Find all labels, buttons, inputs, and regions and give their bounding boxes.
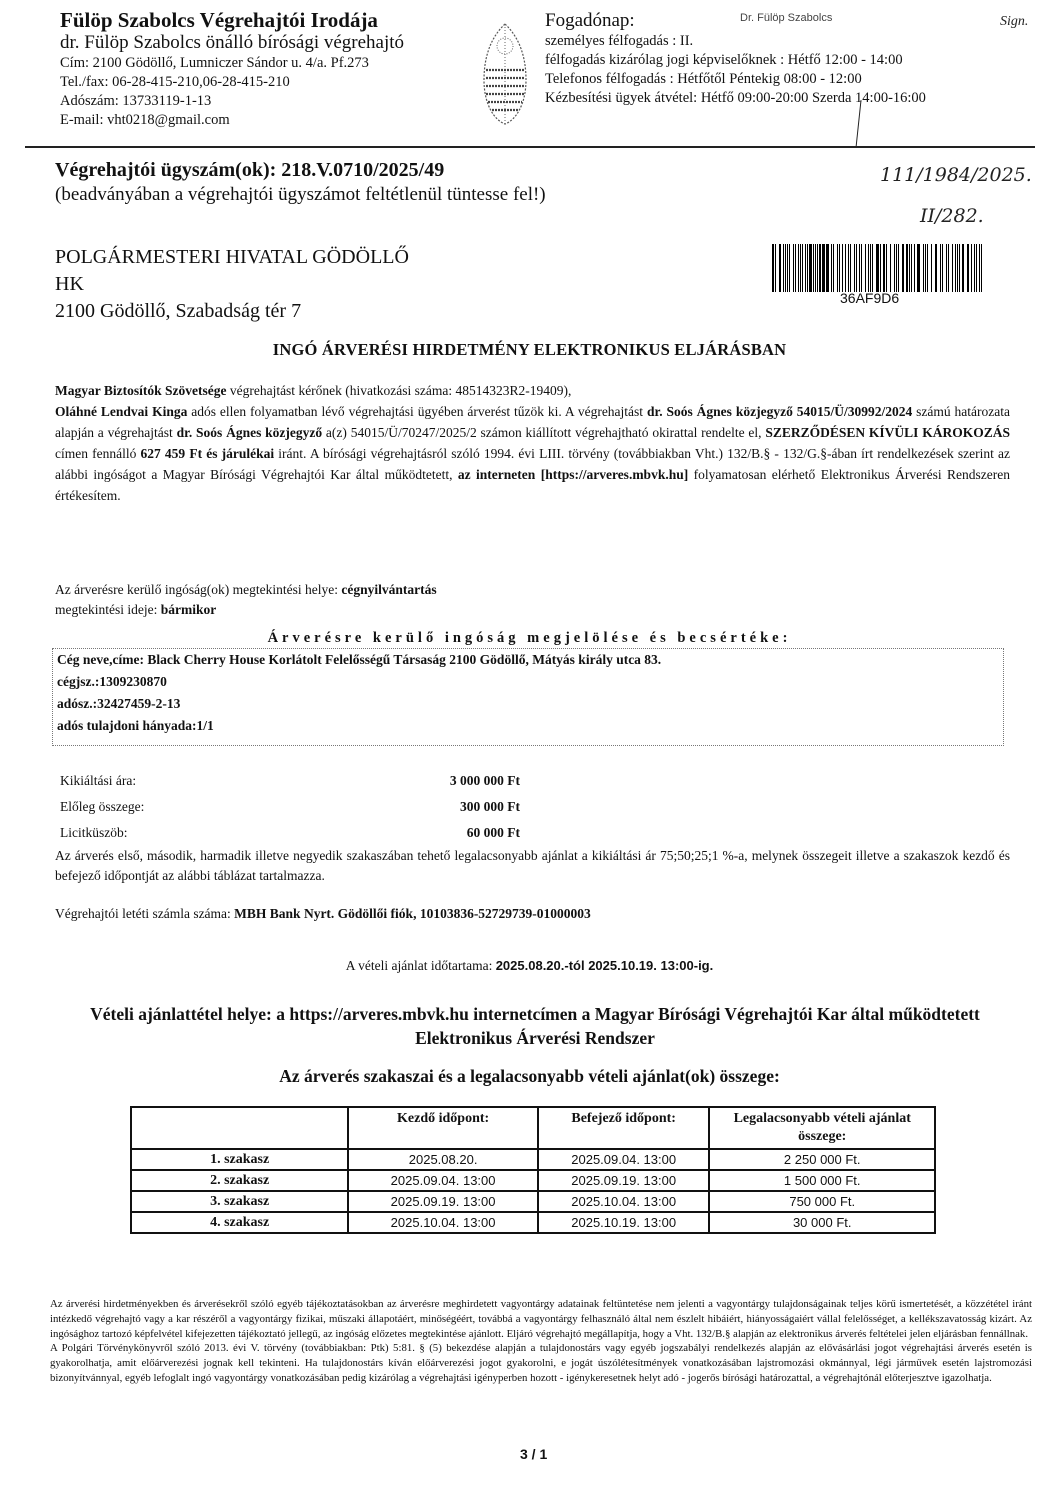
offer-period-value: 2025.08.20.-tól 2025.10.19. 13:00-ig. bbox=[496, 958, 714, 973]
stage-end: 2025.10.04. 13:00 bbox=[538, 1191, 710, 1212]
table-row: 4. szakasz2025.10.04. 13:002025.10.19. 1… bbox=[131, 1212, 935, 1233]
price-label: Kikiáltási ára: bbox=[60, 768, 136, 794]
price-row: Licitküszöb:60 000 Ft bbox=[60, 820, 520, 846]
auction-stages-table: Kezdő időpont: Befejező időpont: Legalac… bbox=[130, 1106, 936, 1234]
stage-name: 3. szakasz bbox=[131, 1191, 348, 1212]
item-heading: Árverésre kerülő ingóság megjelölése és … bbox=[0, 630, 1059, 647]
item-description: Cég neve,címe: Black Cherry House Korlát… bbox=[52, 648, 1004, 746]
handwritten-registration: 111/1984/2025. bbox=[880, 164, 1032, 186]
creditor-name: Magyar Biztosítók Szövetsége bbox=[55, 383, 226, 398]
notary-name: dr. Soós Ágnes közjegyző bbox=[177, 425, 323, 440]
item-ownership-share: adós tulajdoni hányada:1/1 bbox=[53, 715, 1003, 737]
table-row: 1. szakasz2025.08.20.2025.09.04. 13:002 … bbox=[131, 1149, 935, 1170]
price-row: Kikiáltási ára:3 000 000 Ft bbox=[60, 768, 520, 794]
claim-type: SZERZŐDÉSEN KÍVÜLI KÁROKOZÁS bbox=[765, 425, 1010, 440]
table-header: Legalacsonyabb vételi ajánlat összege: bbox=[709, 1107, 935, 1149]
item-tax-number: adósz.:32427459-2-13 bbox=[53, 693, 1003, 715]
reception-delivery: Kézbesítési ügyek átvétel: Hétfő 09:00-2… bbox=[545, 89, 1015, 108]
handwritten-subnumber: II/282. bbox=[920, 205, 984, 227]
reception-hours: Fogadónap: személyes félfogadás : II. fé… bbox=[545, 10, 1015, 108]
viewing-place-label: Az árverésre kerülő ingóság(ok) megtekin… bbox=[55, 582, 341, 597]
footer-preemption: A Polgári Törvénykönyvről szóló 2013. év… bbox=[50, 1341, 1032, 1385]
auction-url-link[interactable]: az interneten [https://arveres.mbvk.hu] bbox=[458, 467, 688, 482]
table-header bbox=[131, 1107, 348, 1149]
viewing-time-value: bármikor bbox=[161, 602, 217, 617]
stage-name: 1. szakasz bbox=[131, 1149, 348, 1170]
reception-phone: Telefonos félfogadás : Hétfőtől Péntekig… bbox=[545, 70, 1015, 89]
header-divider bbox=[25, 146, 1035, 148]
office-email: E-mail: vht0218@gmail.com bbox=[60, 111, 480, 130]
body-text: adós ellen folyamatban lévő végrehajtási… bbox=[187, 404, 647, 419]
barcode-text: 36AF9D6 bbox=[840, 290, 899, 306]
stage-min-offer: 2 250 000 Ft. bbox=[709, 1149, 935, 1170]
office-phone: Tel./fax: 06-28-415-210,06-28-415-210 bbox=[60, 73, 480, 92]
case-block: Végrehajtói ügyszám(ok): 218.V.0710/2025… bbox=[55, 158, 546, 208]
office-tax-number: Adószám: 13733119-1-13 bbox=[60, 92, 480, 111]
officer-name: dr. Fülöp Szabolcs önálló bírósági végre… bbox=[60, 32, 480, 54]
case-number: Végrehajtói ügyszám(ok): 218.V.0710/2025… bbox=[55, 158, 546, 182]
addressee-name: POLGÁRMESTERI HIVATAL GÖDÖLLŐ bbox=[55, 244, 409, 271]
stamp-name: Dr. Fülöp Szabolcs bbox=[740, 12, 832, 24]
barcode-icon bbox=[772, 244, 982, 292]
stage-min-offer: 30 000 Ft. bbox=[709, 1212, 935, 1233]
table-header: Befejező időpont: bbox=[538, 1107, 710, 1149]
office-name: Fülöp Szabolcs Végrehajtói Irodája bbox=[60, 8, 480, 32]
legal-footer: Az árverési hirdetményekben és árverések… bbox=[50, 1297, 1032, 1386]
price-value: 60 000 Ft bbox=[467, 820, 520, 846]
account-value: MBH Bank Nyrt. Gödöllői fiók, 10103836-5… bbox=[234, 906, 591, 921]
stages-description: Az árverés első, második, harmadik illet… bbox=[55, 846, 1010, 886]
stage-start: 2025.09.04. 13:00 bbox=[348, 1170, 538, 1191]
price-row: Előleg összege:300 000 Ft bbox=[60, 794, 520, 820]
viewing-place-value: cégnyilvántartás bbox=[341, 582, 436, 597]
table-row: 2. szakasz2025.09.04. 13:002025.09.19. 1… bbox=[131, 1170, 935, 1191]
stage-start: 2025.09.19. 13:00 bbox=[348, 1191, 538, 1212]
office-address: Cím: 2100 Gödöllő, Lumniczer Sándor u. 4… bbox=[60, 54, 480, 73]
item-company: Cég neve,címe: Black Cherry House Korlát… bbox=[53, 649, 1003, 671]
debtor-name: Oláhné Lendvai Kinga bbox=[55, 404, 187, 419]
account-label: Végrehajtói letéti számla száma: bbox=[55, 906, 234, 921]
addressee-dept: HK bbox=[55, 271, 409, 298]
offer-place: Vételi ajánlattétel helye: a https://arv… bbox=[40, 1002, 1030, 1050]
table-row: 3. szakasz2025.09.19. 13:002025.10.04. 1… bbox=[131, 1191, 935, 1212]
offer-period-label: A vételi ajánlat időtartama: bbox=[346, 958, 496, 973]
hungarian-crest-icon bbox=[480, 18, 530, 128]
viewing-info: Az árverésre kerülő ingóság(ok) megtekin… bbox=[55, 580, 437, 620]
stage-name: 2. szakasz bbox=[131, 1170, 348, 1191]
price-label: Licitküszöb: bbox=[60, 820, 128, 846]
office-header: Fülöp Szabolcs Végrehajtói Irodája dr. F… bbox=[60, 8, 480, 130]
offer-period: A vételi ajánlat időtartama: 2025.08.20.… bbox=[0, 958, 1059, 974]
body-text: a(z) 54015/Ü/70247/2025/2 számon kiállít… bbox=[322, 425, 765, 440]
page-number: 3 / 1 bbox=[520, 1446, 547, 1462]
stage-min-offer: 750 000 Ft. bbox=[709, 1191, 935, 1212]
claim-amount: 627 459 Ft és járulékai bbox=[141, 446, 275, 461]
viewing-time-label: megtekintési ideje: bbox=[55, 602, 161, 617]
notary-decision: dr. Soós Ágnes közjegyző 54015/Ü/30992/2… bbox=[647, 404, 912, 419]
addressee: POLGÁRMESTERI HIVATAL GÖDÖLLŐ HK 2100 Gö… bbox=[55, 244, 409, 325]
signature: Sign. bbox=[1000, 14, 1028, 30]
stage-min-offer: 1 500 000 Ft. bbox=[709, 1170, 935, 1191]
document-title: INGÓ ÁRVERÉSI HIRDETMÉNY ELEKTRONIKUS EL… bbox=[0, 340, 1059, 360]
body-text: címen fennálló bbox=[55, 446, 141, 461]
stage-start: 2025.08.20. bbox=[348, 1149, 538, 1170]
notice-body: Magyar Biztosítók Szövetsége végrehajtás… bbox=[55, 380, 1010, 506]
table-header-row: Kezdő időpont: Befejező időpont: Legalac… bbox=[131, 1107, 935, 1149]
case-note: (beadványában a végrehajtói ügyszámot fe… bbox=[55, 182, 546, 208]
reception-legal: félfogadás kizárólag jogi képviselőknek … bbox=[545, 51, 1015, 70]
item-registration: cégjsz.:1309230870 bbox=[53, 671, 1003, 693]
stage-end: 2025.09.19. 13:00 bbox=[538, 1170, 710, 1191]
price-value: 3 000 000 Ft bbox=[450, 768, 520, 794]
stages-title: Az árverés szakaszai és a legalacsonyabb… bbox=[0, 1066, 1059, 1087]
price-label: Előleg összege: bbox=[60, 794, 144, 820]
escrow-account: Végrehajtói letéti számla száma: MBH Ban… bbox=[55, 906, 591, 922]
stage-start: 2025.10.04. 13:00 bbox=[348, 1212, 538, 1233]
table-header: Kezdő időpont: bbox=[348, 1107, 538, 1149]
price-value: 300 000 Ft bbox=[460, 794, 520, 820]
stage-end: 2025.10.19. 13:00 bbox=[538, 1212, 710, 1233]
footer-disclaimer: Az árverési hirdetményekben és árverések… bbox=[50, 1297, 1032, 1341]
addressee-address: 2100 Gödöllő, Szabadság tér 7 bbox=[55, 298, 409, 325]
stage-end: 2025.09.04. 13:00 bbox=[538, 1149, 710, 1170]
stage-name: 4. szakasz bbox=[131, 1212, 348, 1233]
body-text: végrehajtást kérőnek (hivatkozási száma:… bbox=[226, 383, 571, 398]
price-list: Kikiáltási ára:3 000 000 Ft Előleg össze… bbox=[60, 768, 520, 846]
reception-personal: személyes félfogadás : II. bbox=[545, 32, 1015, 51]
